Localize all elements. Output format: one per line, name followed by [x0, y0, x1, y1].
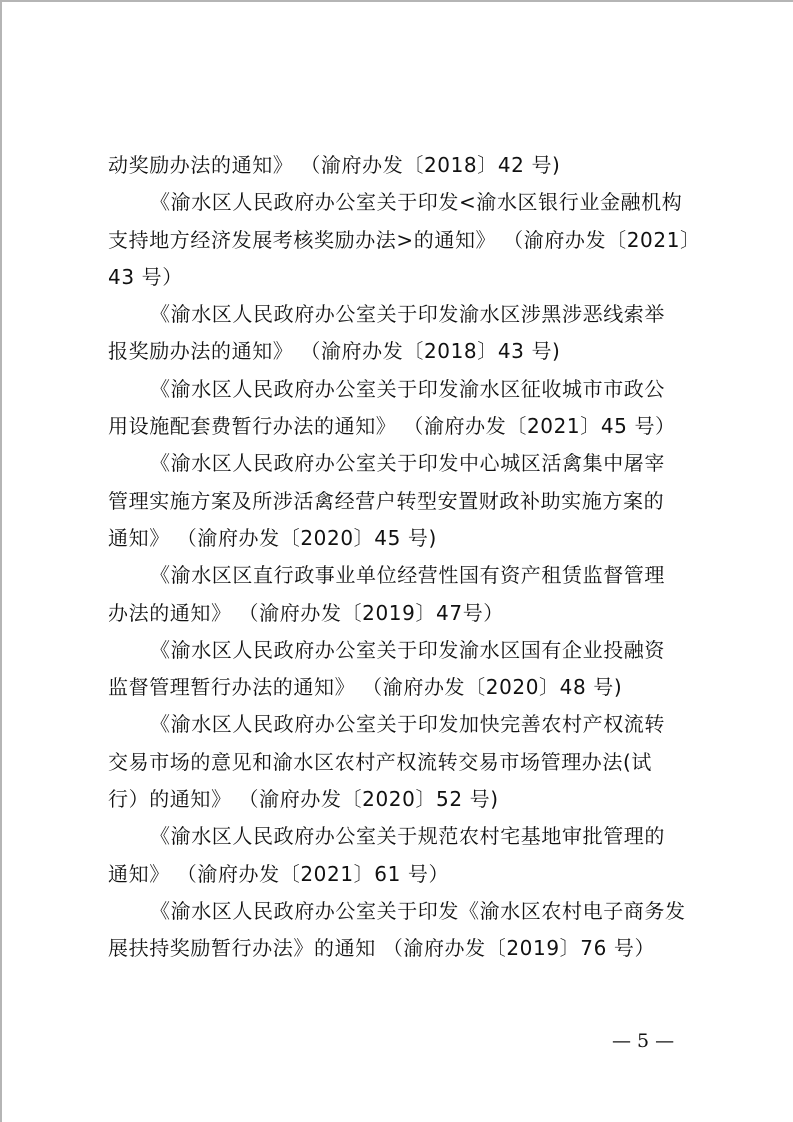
text-line: 《渝水区区直行政事业单位经营性国有资产租赁监督管理: [108, 557, 698, 594]
document-body: 动奖励办法的通知》 （渝府办发〔2018〕42 号) 《渝水区人民政府办公室关于…: [108, 147, 698, 968]
text-line: 《渝水区人民政府办公室关于印发<渝水区银行业金融机构: [108, 184, 698, 221]
text-line: 报奖励办法的通知》 （渝府办发〔2018〕43 号): [108, 333, 698, 370]
text-line: 办法的通知》 （渝府办发〔2019〕47号）: [108, 595, 698, 632]
text-line: 展扶持奖励暂行办法》的通知 （渝府办发〔2019〕76 号）: [108, 930, 698, 967]
text-line: 《渝水区人民政府办公室关于印发渝水区征收城市市政公: [108, 371, 698, 408]
text-line: 43 号）: [108, 259, 698, 296]
text-line: 《渝水区人民政府办公室关于规范农村宅基地审批管理的: [108, 818, 698, 855]
text-line: 《渝水区人民政府办公室关于印发《渝水区农村电子商务发: [108, 893, 698, 930]
text-line: 动奖励办法的通知》 （渝府办发〔2018〕42 号): [108, 147, 698, 184]
text-line: 通知》 （渝府办发〔2020〕45 号): [108, 520, 698, 557]
text-line: 交易市场的意见和渝水区农村产权流转交易市场管理办法(试: [108, 744, 698, 781]
text-line: 《渝水区人民政府办公室关于印发中心城区活禽集中屠宰: [108, 445, 698, 482]
text-line: 监督管理暂行办法的通知》 （渝府办发〔2020〕48 号): [108, 669, 698, 706]
page-number: — 5 —: [612, 1030, 674, 1052]
text-line: 管理实施方案及所涉活禽经营户转型安置财政补助实施方案的: [108, 483, 698, 520]
text-line: 通知》 （渝府办发〔2021〕61 号）: [108, 856, 698, 893]
text-line: 《渝水区人民政府办公室关于印发渝水区涉黑涉恶线索举: [108, 296, 698, 333]
text-line: 《渝水区人民政府办公室关于印发加快完善农村产权流转: [108, 706, 698, 743]
text-line: 支持地方经济发展考核奖励办法>的通知》 （渝府办发〔2021〕: [108, 222, 698, 259]
text-line: 《渝水区人民政府办公室关于印发渝水区国有企业投融资: [108, 632, 698, 669]
text-line: 行）的通知》 （渝府办发〔2020〕52 号): [108, 781, 698, 818]
text-line: 用设施配套费暂行办法的通知》 （渝府办发〔2021〕45 号）: [108, 408, 698, 445]
document-page: 动奖励办法的通知》 （渝府办发〔2018〕42 号) 《渝水区人民政府办公室关于…: [0, 0, 793, 1122]
